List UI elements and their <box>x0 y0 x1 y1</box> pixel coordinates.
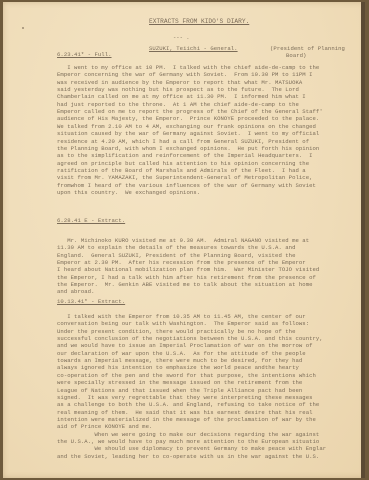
text-line: intention were materialized in the messa… <box>57 416 316 423</box>
text-line: situation caused by the war of Germany a… <box>57 130 319 137</box>
text-line: conversation being our talk with Washing… <box>57 320 309 327</box>
text-line: aid of Prince KONOYE and me. <box>57 423 152 430</box>
text-line: ratification of the Board of Marshals an… <box>57 167 306 174</box>
text-line: residence at 4.20 AM, which I had a call… <box>57 138 309 145</box>
text-line: England. General SUZUKI, President of th… <box>57 252 295 259</box>
text-line: Chamberlain called on me at my office at… <box>57 93 306 100</box>
text-line: always ignored his intention to emphasiz… <box>57 364 299 371</box>
text-line: We should use diplomacy to prevent Germa… <box>57 445 326 452</box>
entry-date: 6.28.41 E - Extract. <box>57 217 125 224</box>
punch-mark <box>22 27 24 29</box>
text-line: Under the present condition, there would… <box>57 328 295 335</box>
entry-date: 6.23.41* - Full. <box>57 51 112 58</box>
text-line: fromwhom I heard of the various influenc… <box>57 182 316 189</box>
text-line: We talked from 2.10 AM to 4 AM, exchangi… <box>57 123 316 130</box>
text-line: successful conclusion of the negotiation… <box>57 335 323 342</box>
text-line: League of Nations and that issued when t… <box>57 387 302 394</box>
text-line: the Planning Board, with whom I exchange… <box>57 145 319 152</box>
text-line: 11.30 AM to explain the details of the m… <box>57 244 295 251</box>
text-line: Mr. Michinoko KURO visited me at 9.30 AM… <box>57 237 309 244</box>
text-line: had just reported to the throne. At 1 AM… <box>57 101 299 108</box>
text-line: and the Soviet, leading her to co-operat… <box>57 453 319 460</box>
entry-subject: SUZUKI, Teiichi - General. <box>149 45 238 52</box>
entry-subject-note: (President of Planning <box>270 45 345 52</box>
text-line: our declaration of war upon the U.S.A. A… <box>57 350 306 357</box>
text-line: I went to my office at 10 PM. I talked w… <box>57 64 319 71</box>
text-line: real meaning of them. He said that it wa… <box>57 409 313 416</box>
text-line: said yesterday was nothing but his prosp… <box>57 86 299 93</box>
text-line: I talked with the Emperor from 10.35 AM … <box>57 313 306 320</box>
text-line: towards an Imperial message, there were … <box>57 357 302 364</box>
page-edge <box>361 2 365 478</box>
text-line: I heard about National mobilization plan… <box>57 266 319 273</box>
text-line: as a challenge to both the U.S.A. and En… <box>57 401 319 408</box>
text-line: Emperor concerning the war of Germany wi… <box>57 71 313 78</box>
text-line: When we were going to make our decisions… <box>57 431 319 438</box>
text-line: as to the simplification and reinforceme… <box>57 152 313 159</box>
text-line: upon this country. We exchanged opinions… <box>57 189 200 196</box>
text-line: and we would have to issue an Imperial P… <box>57 342 313 349</box>
text-line: audience of His Majesty, the Emperor. Pr… <box>57 115 319 122</box>
text-line: co-operation of the pen and the sword fo… <box>57 372 316 379</box>
text-line: agreed on principle but called his atten… <box>57 160 309 167</box>
text-line: the Emperor. Mr. Genkin ABE visited me t… <box>57 281 313 288</box>
text-line: the U.S.A., we would have to pay much mo… <box>57 438 319 445</box>
text-line: visit from Mr. YAMAZAKI, the Superintend… <box>57 174 313 181</box>
document-title: EXTRACTS FROM KIDO'S DIARY. <box>149 18 249 25</box>
text-line: signed. It was very regrettable that the… <box>57 394 313 401</box>
text-line: were specially stressed in the message i… <box>57 379 302 386</box>
separator: --- . <box>173 34 190 41</box>
text-line: the Emperor, I had a talk with him after… <box>57 274 316 281</box>
text-line: was received in audience by the Emperor … <box>57 79 302 86</box>
entry-subject-note: Board) <box>286 52 306 59</box>
text-line: Emperor called on me to report the progr… <box>57 108 323 115</box>
text-line: and abroad. <box>57 288 94 295</box>
document-page: EXTRACTS FROM KIDO'S DIARY. --- . 6.23.4… <box>3 2 365 478</box>
text-line: Emperor at 2.30 PM. After his recession … <box>57 259 306 266</box>
entry-date: 10.13.41* - Extract. <box>57 298 125 305</box>
